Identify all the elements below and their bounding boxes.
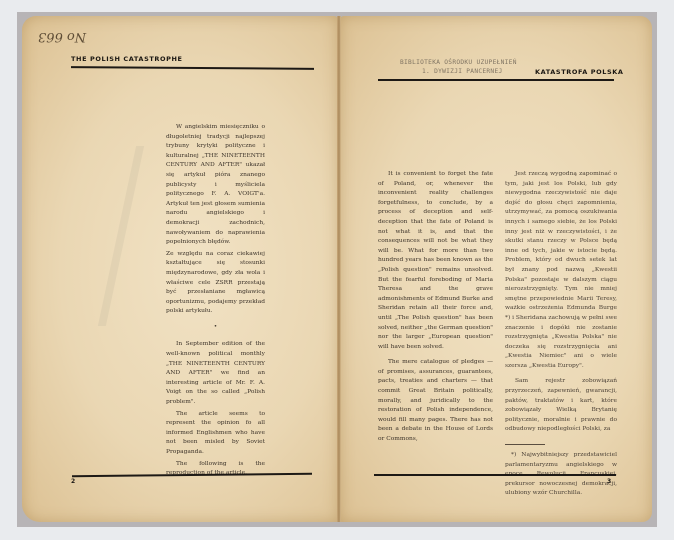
library-stamp: BIBLIOTEKA OŚRODKU UZUPEŁNIEŃ 1. DYWIZJI… xyxy=(400,58,517,76)
footnote-rule xyxy=(505,444,545,445)
stamp-line-2: 1. DYWIZJI PANCERNEJ xyxy=(400,67,517,76)
english-paragraph-2: The mere catalogue of pledges — of promi… xyxy=(378,358,493,444)
handwritten-catalog-note: No 663 xyxy=(38,29,86,44)
right-footer-rule xyxy=(374,474,616,476)
section-separator: • xyxy=(166,323,265,333)
polish-paragraph-2: Sam rejestr zobowiązań przyrzeczeń, zape… xyxy=(505,377,617,435)
right-header-rule xyxy=(378,79,614,81)
left-page-number: 2 xyxy=(71,478,75,485)
intro-en-paragraph-2: The article seems to represent the opini… xyxy=(166,410,265,458)
spine-gutter xyxy=(337,16,341,522)
stamp-line-1: BIBLIOTEKA OŚRODKU UZUPEŁNIEŃ xyxy=(400,58,517,67)
right-english-column: It is convenient to forget the fate of P… xyxy=(378,170,493,445)
right-page-number: 3 xyxy=(607,478,611,485)
right-polish-column: Jest rzeczą wygodną zapominać o tym, jak… xyxy=(505,170,617,499)
intro-pl-paragraph-2: Ze względu na coraz ciekawiej kształtują… xyxy=(166,250,265,317)
intro-en-paragraph-1: In September edition of the well-known p… xyxy=(166,340,265,407)
left-running-header: THE POLISH CATASTROPHE xyxy=(71,55,183,63)
intro-pl-paragraph-1: W angielskim miesięczniku o długoletniej… xyxy=(166,123,265,248)
polish-paragraph-1: Jest rzeczą wygodną zapominać o tym, jak… xyxy=(505,170,617,371)
english-paragraph-1: It is convenient to forget the fate of P… xyxy=(378,170,493,352)
right-running-header: KATASTROFA POLSKA xyxy=(535,68,624,76)
left-article-intro: W angielskim miesięczniku o długoletniej… xyxy=(166,123,265,479)
